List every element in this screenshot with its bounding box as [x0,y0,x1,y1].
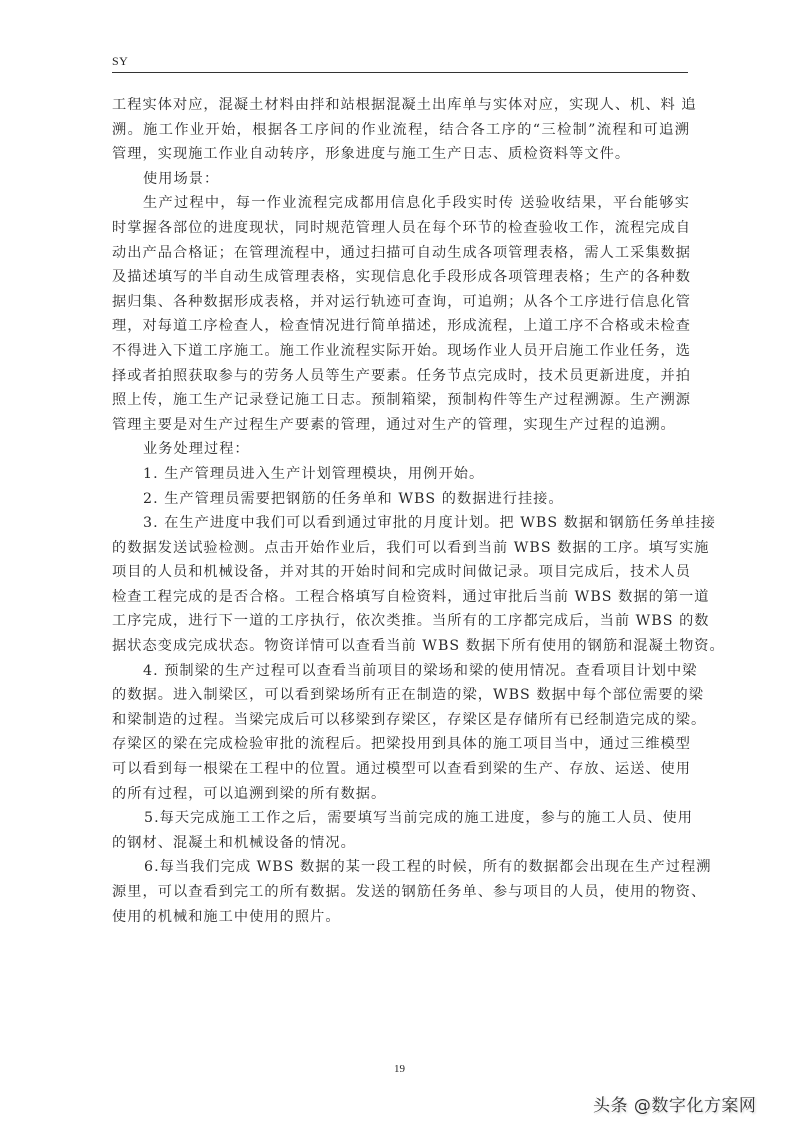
list-item-4: 4. 预制梁的生产过程可以查看当前项目的梁场和梁的使用情况。查看项目计划中梁 的… [112,659,690,807]
text-line: 的钢材、混凝土和机械设备的情况。 [112,831,690,856]
text-line: 工程实体对应，混凝土材料由拌和站根据混凝土出库单与实体对应，实现人、机、料 追 [112,93,690,118]
page-header: SY [112,56,688,73]
header-text: SY [112,54,128,69]
text-line: 生产过程中，每一作业流程完成都用信息化手段实时传 送验收结果，平台能够实 [112,191,690,216]
section-heading-usage-scenarios: 使用场景： [112,167,690,192]
list-item-3: 3. 在生产进度中我们可以看到通过审批的月度计划。把 WBS 数据和钢筋任务单挂… [112,511,690,659]
text-line: 检查工程完成的是否合格。工程合格填写自检资料，通过审批后当前 WBS 数据的第一… [112,585,690,610]
text-line: 管理，实现施工作业自动转序，形象进度与施工生产日志、质检资料等文件。 [112,142,690,167]
text-line: 据归集、各种数据形成表格，并对运行轨迹可查询，可追朔；从各个工序进行信息化管 [112,290,690,315]
text-line: 6.每当我们完成 WBS 数据的某一段工程的时候，所有的数据都会出现在生产过程溯 [112,855,690,880]
watermark: 头条 @数字化方案网 [593,1091,756,1116]
text-line: 存梁区的梁在完成检验审批的流程后。把梁投用到具体的施工项目当中，通过三维模型 [112,732,690,757]
text-line: 的数据。进入制梁区，可以看到梁场所有正在制造的梁，WBS 数据中每个部位需要的梁 [112,683,690,708]
paragraph-continuation: 工程实体对应，混凝土材料由拌和站根据混凝土出库单与实体对应，实现人、机、料 追 … [112,93,690,167]
text-line: 使用的机械和施工中使用的照片。 [112,905,690,930]
text-line: 据状态变成完成状态。物资详情可以查看当前 WBS 数据下所有使用的钢筋和混凝土物… [112,634,690,659]
list-item-1: 1. 生产管理员进入生产计划管理模块，用例开始。 [112,462,690,487]
text-line: 不得进入下道工序施工。施工作业流程实际开始。现场作业人员开启施工作业任务，选 [112,339,690,364]
list-item-6: 6.每当我们完成 WBS 数据的某一段工程的时候，所有的数据都会出现在生产过程溯… [112,855,690,929]
text-line: 择或者拍照获取参与的劳务人员等生产要素。任务节点完成时，技术员更新进度，并拍 [112,364,690,389]
text-line: 及描述填写的半自动生成管理表格，实现信息化手段形成各项管理表格；生产的各种数 [112,265,690,290]
text-line: 3. 在生产进度中我们可以看到通过审批的月度计划。把 WBS 数据和钢筋任务单挂… [112,511,690,536]
text-line: 动出产品合格证；在管理流程中，通过扫描可自动生成各项管理表格，需人工采集数据 [112,241,690,266]
paragraph-usage-description: 生产过程中，每一作业流程完成都用信息化手段实时传 送验收结果，平台能够实 时掌握… [112,191,690,437]
text-line: 5.每天完成施工工作之后，需要填写当前完成的施工进度，参与的施工人员、使用 [112,806,690,831]
text-line: 的数据发送试验检测。点击开始作业后，我们可以看到当前 WBS 数据的工序。填写实… [112,536,690,561]
text-line: 时掌握各部位的进度现状，同时规范管理人员在每个环节的检查验收工作，流程完成自 [112,216,690,241]
text-line: 源里，可以查看到完工的所有数据。发送的钢筋任务单、参与项目的人员，使用的物资、 [112,880,690,905]
text-line: 和梁制造的过程。当梁完成后可以移梁到存梁区，存梁区是存储所有已经制造完成的梁。 [112,708,690,733]
list-item-5: 5.每天完成施工工作之后，需要填写当前完成的施工进度，参与的施工人员、使用 的钢… [112,806,690,855]
text-line: 理，对每道工序检查人，检查情况进行简单描述，形成流程，上道工序不合格或未检查 [112,314,690,339]
text-line: 照上传，施工生产记录登记施工日志。预制箱梁，预制构件等生产过程溯源。生产溯源 [112,388,690,413]
text-line: 的所有过程，可以追溯到梁的所有数据。 [112,782,690,807]
section-heading-business-process: 业务处理过程： [112,437,690,462]
text-line: 项目的人员和机械设备，并对其的开始时间和完成时间做记录。项目完成后，技术人员 [112,560,690,585]
text-line: 4. 预制梁的生产过程可以查看当前项目的梁场和梁的使用情况。查看项目计划中梁 [112,659,690,684]
text-line: 管理主要是对生产过程生产要素的管理，通过对生产的管理，实现生产过程的追溯。 [112,413,690,438]
text-line: 工序完成，进行下一道的工序执行，依次类推。当所有的工序都完成后，当前 WBS 的… [112,609,690,634]
page-number: 19 [394,1063,405,1075]
document-body: 工程实体对应，混凝土材料由拌和站根据混凝土出库单与实体对应，实现人、机、料 追 … [112,93,690,929]
list-item-2: 2. 生产管理员需要把钢筋的任务单和 WBS 的数据进行挂接。 [112,487,690,512]
text-line: 可以看到每一根梁在工程中的位置。通过模型可以查看到梁的生产、存放、运送、使用 [112,757,690,782]
text-line: 溯。施工作业开始，根据各工序间的作业流程，结合各工序的“三检制”流程和可追溯 [112,118,690,143]
